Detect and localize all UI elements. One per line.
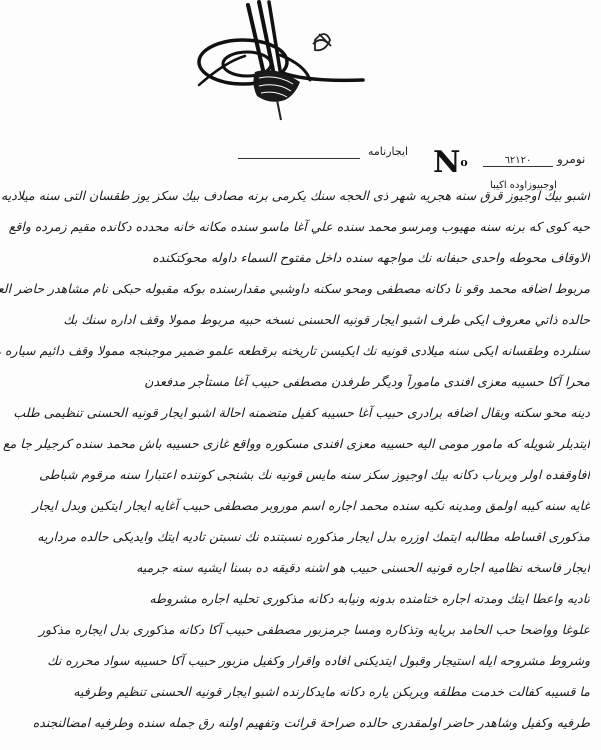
- text-line: سنلرده وطقسانه ايكى سنه ميلادى قونيه نك …: [0, 343, 590, 358]
- text-line: مربوط اضافه محمد وقو نا دكانه مصطفى ومحو…: [0, 281, 590, 296]
- document-number: ٦٢١٢٠: [483, 155, 553, 167]
- text-line: ايتديلر شويله كه مامور مومى اليه حسيبه م…: [0, 436, 590, 451]
- text-line: حالده ذاتي معروف ايكى طرف اشبو ايجار قون…: [0, 312, 590, 327]
- text-line: علوغا وواضحا حب الحامد بريايه وتذكاره وم…: [0, 622, 590, 637]
- text-line: الاوقاف محوطه واحدى حبفانه نك مواجهه سند…: [0, 250, 590, 265]
- number-mark: No: [433, 148, 468, 178]
- text-line: حيه كوى كه برنه سنه مهيوب ومرسو محمد سند…: [0, 219, 590, 234]
- text-line: وشروط مشروحه ايله استيجار وقبول ايتديكنى…: [0, 653, 590, 668]
- text-line: ايجار فاسخه نظاميه اجاره قونيه الحسنى حب…: [0, 560, 590, 575]
- number-label: نومرو: [557, 152, 585, 166]
- text-line: محرا آكا حسيبه معزى افندى ماموراً وديگر …: [0, 374, 590, 389]
- text-line: مذكورى اقساطه مطالبه ايتمك اوزره بدل ايج…: [0, 529, 590, 544]
- tughra-emblem-icon: [185, 0, 385, 125]
- text-line: افاوقفده اولر وبرباب دكانه بيك اوجيوز سك…: [0, 467, 590, 482]
- text-line: دينه محو سكنه وبقال اضافه برادرى حبيب آغ…: [0, 405, 590, 420]
- header-rule: [238, 158, 360, 159]
- text-line: اشبو بيك اوجيوز قرق سنه هجريه شهر ذى الح…: [0, 188, 590, 203]
- text-line: طرفيه وكفيل وشاهدر حاضر اولمقدرى حالده ص…: [0, 715, 590, 730]
- scanned-document-page: ايجارنامه No ٦٢١٢٠ نومرو اوجبيوزاوده اكي…: [0, 0, 601, 750]
- text-line: ما قسيبه كفالت خدمت مطلقه وبربكن ياره دك…: [0, 684, 590, 699]
- text-line: غايه سنه كيبه اولمق ومدينه نكيه سنده محم…: [0, 498, 590, 513]
- document-title: ايجارنامه: [368, 145, 408, 158]
- text-line: تاديه واعطا ايتك ومدته اجاره ختامنده بدو…: [0, 591, 590, 606]
